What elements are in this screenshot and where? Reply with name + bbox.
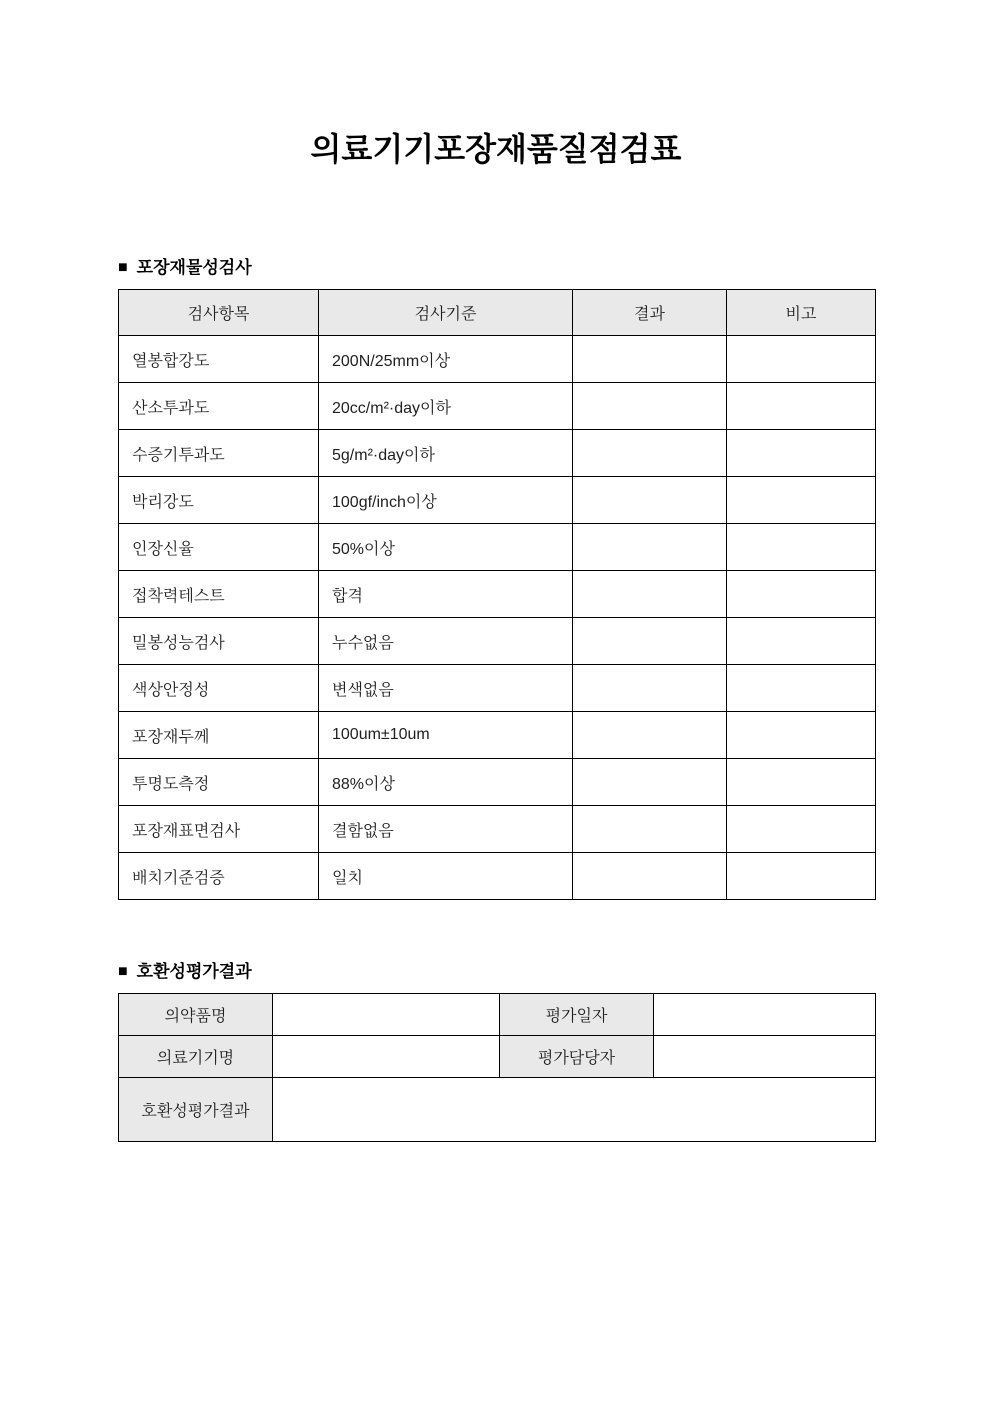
- field-value-compatibility-result: [273, 1078, 876, 1142]
- criteria-cell: 50%이상: [319, 524, 573, 571]
- col-header-item: 검사항목: [119, 290, 319, 336]
- remark-cell: [727, 853, 876, 900]
- criteria-cell: 변색없음: [319, 665, 573, 712]
- remark-cell: [727, 430, 876, 477]
- item-cell: 배치기준검증: [119, 853, 319, 900]
- field-value-drug-name: [273, 994, 500, 1036]
- table-row: 색상안정성 변색없음: [119, 665, 876, 712]
- result-cell: [573, 712, 727, 759]
- criteria-cell: 합격: [319, 571, 573, 618]
- criteria-cell: 100gf/inch이상: [319, 477, 573, 524]
- table-row: 인장신율 50%이상: [119, 524, 876, 571]
- field-label-compatibility-result: 호환성평가결과: [119, 1078, 273, 1142]
- field-value-evaluator: [654, 1036, 876, 1078]
- table-row: 의약품명 평가일자: [119, 994, 876, 1036]
- table-row: 배치기준검증 일치: [119, 853, 876, 900]
- col-header-criteria: 검사기준: [319, 290, 573, 336]
- remark-cell: [727, 759, 876, 806]
- table-row: 산소투과도 20cc/m²·day이하: [119, 383, 876, 430]
- section1-heading-label: 포장재물성검사: [137, 258, 252, 278]
- table-row: 접착력테스트 합격: [119, 571, 876, 618]
- table-row: 포장재두께 100um±10um: [119, 712, 876, 759]
- remark-cell: [727, 618, 876, 665]
- field-value-evaluation-date: [654, 994, 876, 1036]
- criteria-cell: 100um±10um: [319, 712, 573, 759]
- section2-heading-label: 호환성평가결과: [137, 962, 252, 982]
- remark-cell: [727, 665, 876, 712]
- item-cell: 수증기투과도: [119, 430, 319, 477]
- section1-heading: ■ 포장재물성검사: [118, 258, 875, 278]
- item-cell: 인장신율: [119, 524, 319, 571]
- item-cell: 색상안정성: [119, 665, 319, 712]
- page-content: ■ 포장재물성검사 검사항목 검사기준 결과 비고 열봉합강도 200N/25m…: [118, 258, 875, 1142]
- result-cell: [573, 806, 727, 853]
- item-cell: 박리강도: [119, 477, 319, 524]
- result-cell: [573, 665, 727, 712]
- result-cell: [573, 336, 727, 383]
- section2-heading: ■ 호환성평가결과: [118, 962, 875, 982]
- criteria-cell: 200N/25mm이상: [319, 336, 573, 383]
- remark-cell: [727, 712, 876, 759]
- col-header-remark: 비고: [727, 290, 876, 336]
- result-cell: [573, 477, 727, 524]
- table-row: 포장재표면검사 결함없음: [119, 806, 876, 853]
- result-cell: [573, 853, 727, 900]
- result-cell: [573, 383, 727, 430]
- remark-cell: [727, 383, 876, 430]
- item-cell: 포장재표면검사: [119, 806, 319, 853]
- criteria-cell: 일치: [319, 853, 573, 900]
- remark-cell: [727, 571, 876, 618]
- table-row: 열봉합강도 200N/25mm이상: [119, 336, 876, 383]
- page-title: 의료기기포장재품질점검표: [0, 0, 992, 168]
- item-cell: 투명도측정: [119, 759, 319, 806]
- table-row: 밀봉성능검사 누수없음: [119, 618, 876, 665]
- field-label-device-name: 의료기기명: [119, 1036, 273, 1078]
- square-bullet-icon: ■: [118, 964, 128, 980]
- item-cell: 포장재두께: [119, 712, 319, 759]
- result-cell: [573, 759, 727, 806]
- item-cell: 접착력테스트: [119, 571, 319, 618]
- packaging-inspection-table: 검사항목 검사기준 결과 비고 열봉합강도 200N/25mm이상 산소투과도 …: [118, 289, 876, 900]
- table-row: 호환성평가결과: [119, 1078, 876, 1142]
- table-row: 의료기기명 평가담당자: [119, 1036, 876, 1078]
- field-value-device-name: [273, 1036, 500, 1078]
- result-cell: [573, 430, 727, 477]
- field-label-evaluation-date: 평가일자: [500, 994, 654, 1036]
- remark-cell: [727, 524, 876, 571]
- remark-cell: [727, 336, 876, 383]
- table-row: 투명도측정 88%이상: [119, 759, 876, 806]
- criteria-cell: 20cc/m²·day이하: [319, 383, 573, 430]
- item-cell: 밀봉성능검사: [119, 618, 319, 665]
- criteria-cell: 5g/m²·day이하: [319, 430, 573, 477]
- square-bullet-icon: ■: [118, 260, 128, 276]
- criteria-cell: 누수없음: [319, 618, 573, 665]
- item-cell: 산소투과도: [119, 383, 319, 430]
- compatibility-evaluation-table: 의약품명 평가일자 의료기기명 평가담당자 호환성평가결과: [118, 993, 876, 1142]
- criteria-cell: 결함없음: [319, 806, 573, 853]
- remark-cell: [727, 477, 876, 524]
- result-cell: [573, 571, 727, 618]
- table-row: 박리강도 100gf/inch이상: [119, 477, 876, 524]
- result-cell: [573, 618, 727, 665]
- remark-cell: [727, 806, 876, 853]
- field-label-evaluator: 평가담당자: [500, 1036, 654, 1078]
- result-cell: [573, 524, 727, 571]
- col-header-result: 결과: [573, 290, 727, 336]
- item-cell: 열봉합강도: [119, 336, 319, 383]
- criteria-cell: 88%이상: [319, 759, 573, 806]
- table-header-row: 검사항목 검사기준 결과 비고: [119, 290, 876, 336]
- field-label-drug-name: 의약품명: [119, 994, 273, 1036]
- table-row: 수증기투과도 5g/m²·day이하: [119, 430, 876, 477]
